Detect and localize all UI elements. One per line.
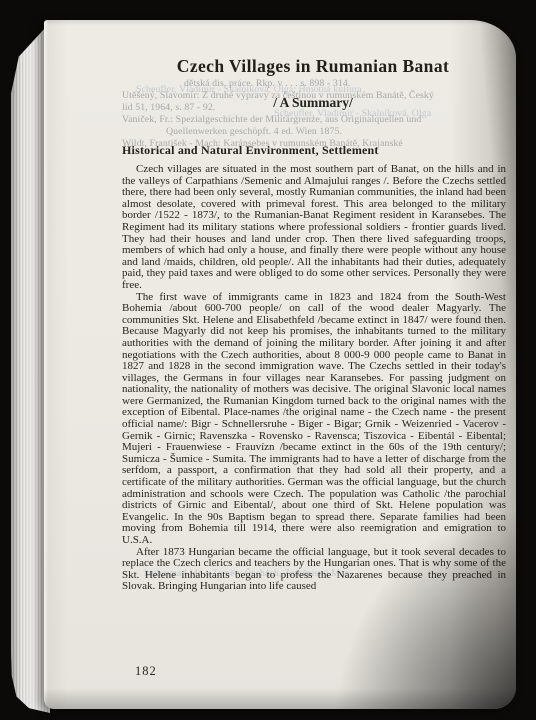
bleedthrough-line: dětská dis. práce. Rkp. v . . . s. 898 -…	[184, 78, 484, 89]
page-number: 182	[135, 664, 157, 679]
body-paragraph-1: Czech villages are situated in the most …	[122, 164, 506, 292]
section-heading: Historical and Natural Environment, Sett…	[122, 143, 504, 158]
body-text-block: Czech villages are situated in the most …	[122, 164, 506, 593]
book-photo-background: { "book_page": { "title": "Czech Village…	[0, 0, 536, 720]
bleedthrough-line: Scheufler, Vladimír - Skalníková, Olga: …	[136, 84, 496, 95]
body-paragraph-2: The first wave of immigrants came in 182…	[122, 292, 506, 547]
body-paragraph-3: After 1873 Hungarian became the official…	[122, 547, 506, 593]
book-page: dětská dis. práce. Rkp. v . . . s. 898 -…	[44, 20, 516, 709]
page-subtitle: / A Summary/	[122, 95, 504, 111]
bleedthrough-line: Vaníček, Fr.: Spezialgeschichte der Mili…	[122, 114, 506, 125]
bleedthrough-line: Quellenwerken geschöpft. 4 ed. Wien 1875…	[166, 126, 466, 137]
page-title: Czech Villages in Rumanian Banat	[122, 56, 504, 77]
